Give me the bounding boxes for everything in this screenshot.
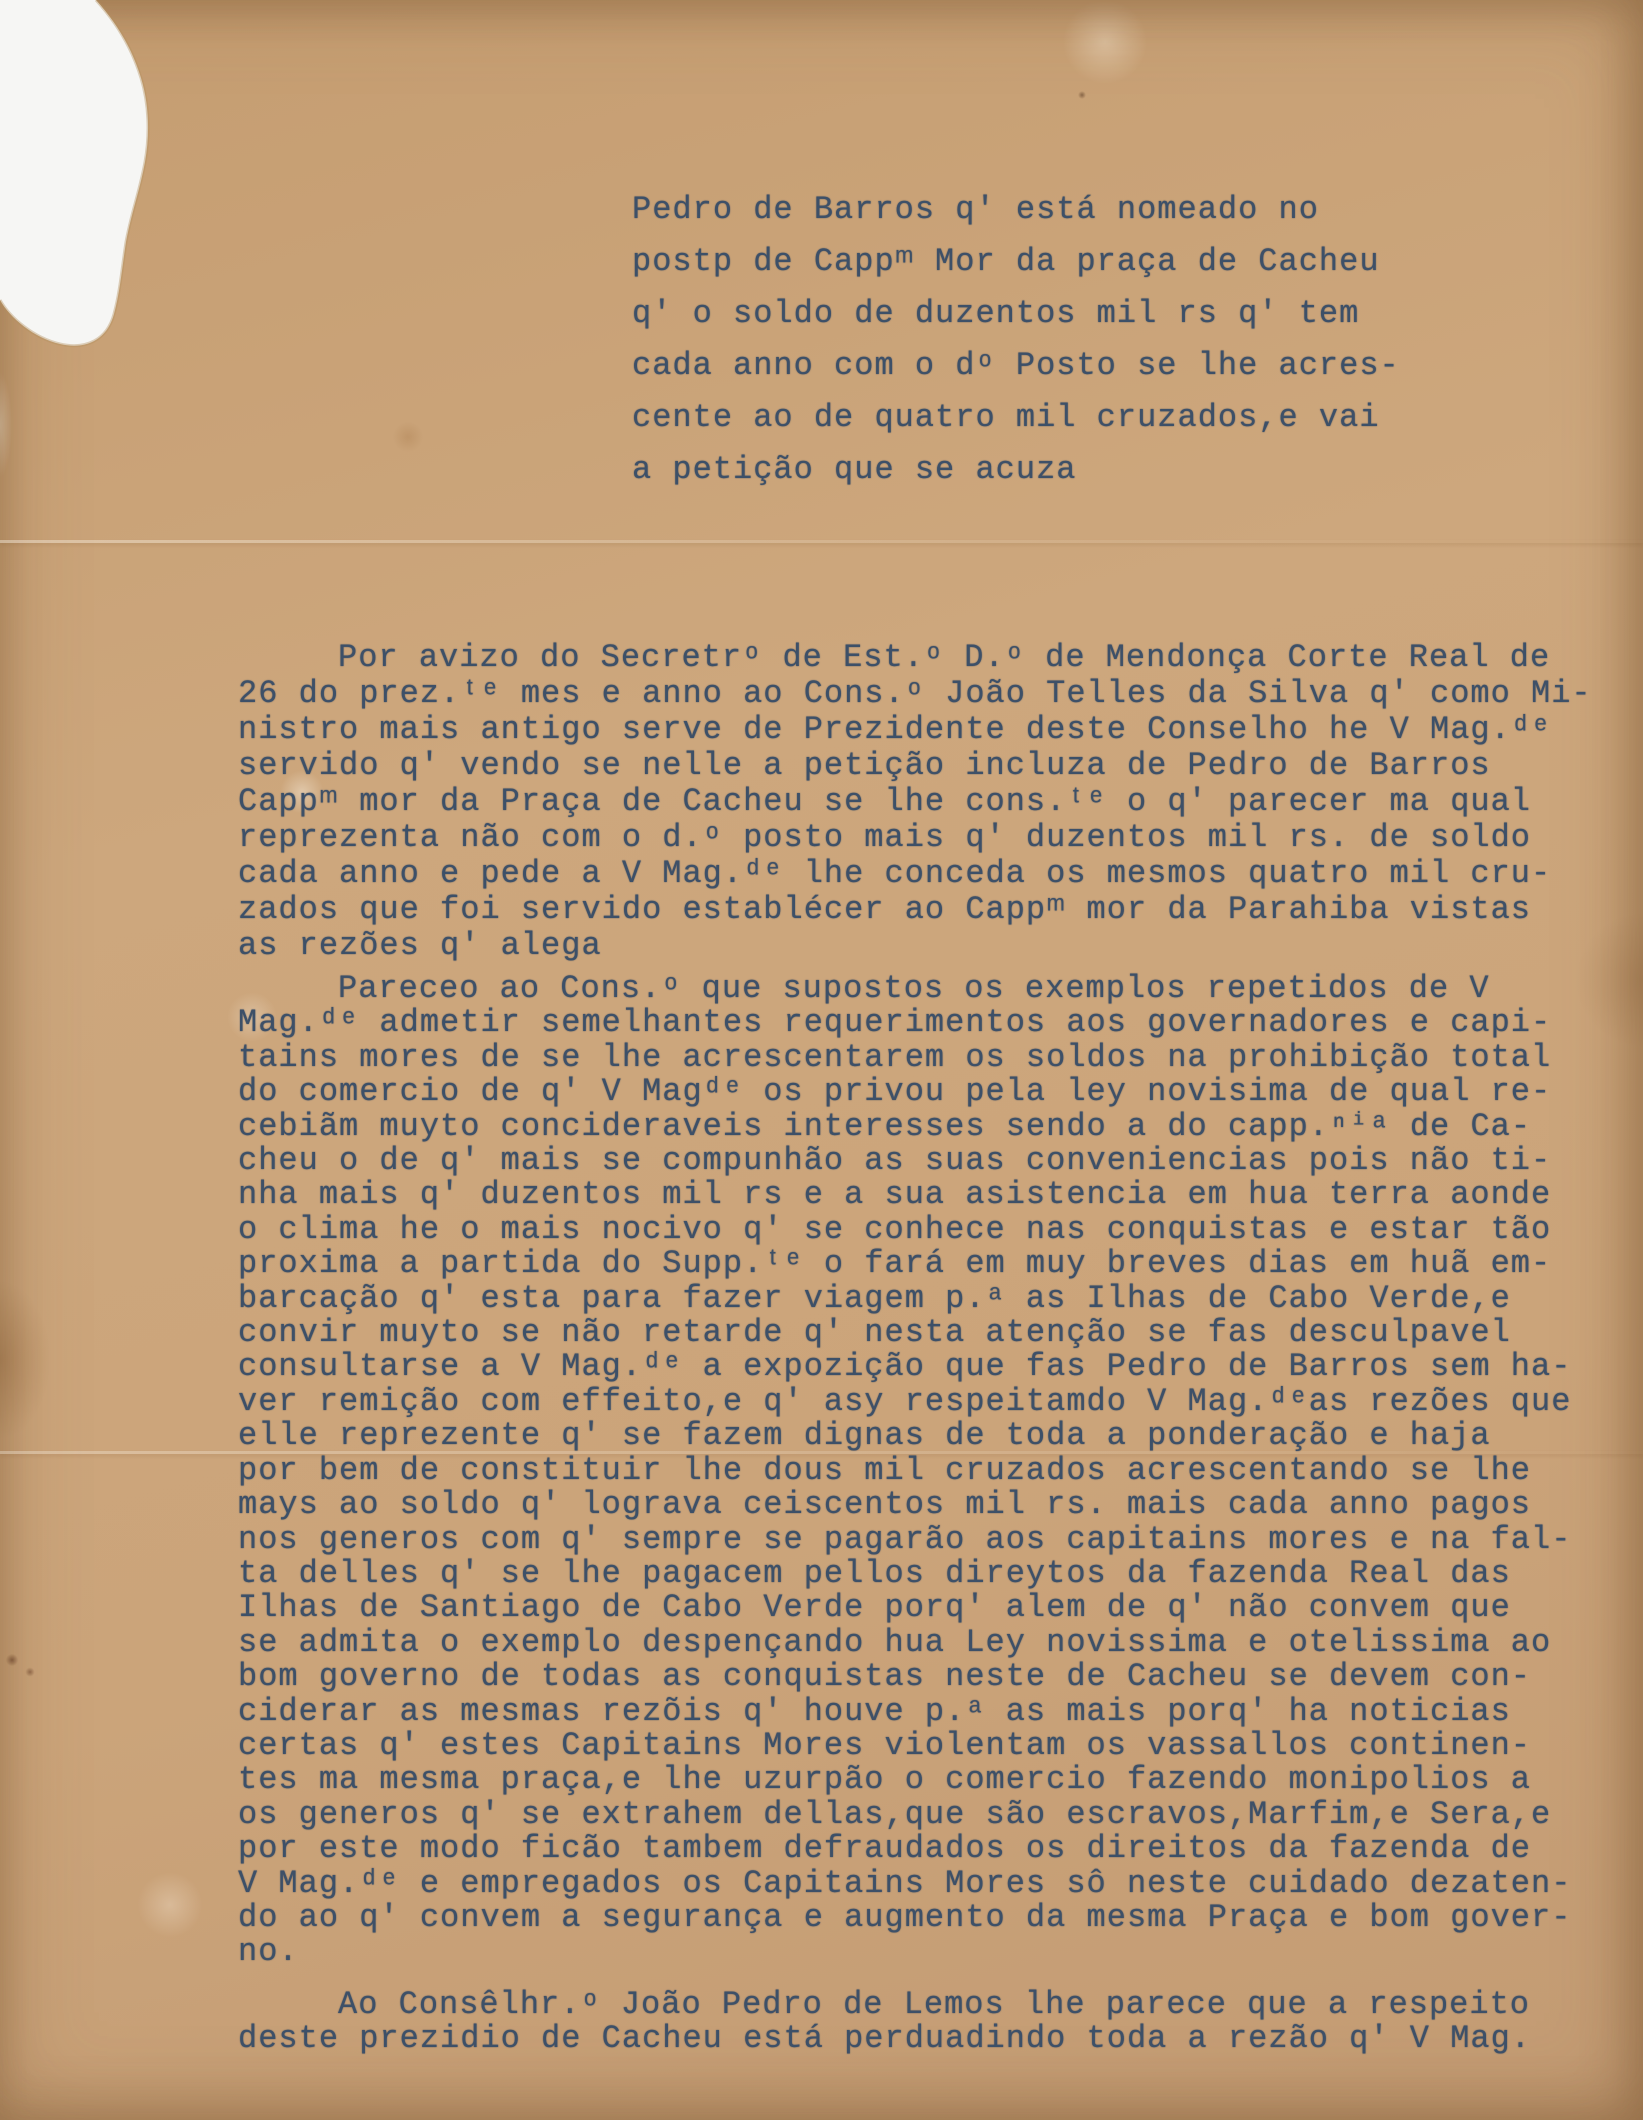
text-line: nistro mais antigo serve de Prezidente d…	[238, 712, 1592, 748]
text-line: elle reprezente q' se fazem dignas de to…	[238, 1419, 1571, 1453]
text-line: tains mores de se lhe acrescentarem os s…	[238, 1041, 1571, 1075]
marginal-note: Pedro de Barros q' está nomeado nopostp …	[632, 184, 1400, 496]
scan-background: Pedro de Barros q' está nomeado nopostp …	[0, 0, 1643, 2120]
text-line: reprezenta não com o d.ᵒ posto mais q' d…	[238, 820, 1592, 856]
text-line: Pareceo ao Cons.ᵒ que supostos os exempl…	[238, 972, 1571, 1006]
text-line: proxima a partida do Supp.ᵗᵉ o fará em m…	[238, 1247, 1571, 1281]
text-line: mays ao soldo q' lograva ceiscentos mil …	[238, 1488, 1571, 1522]
text-line: a petição que se acuza	[632, 444, 1400, 496]
text-line: barcação q' esta para fazer viagem p.ᵃ a…	[238, 1282, 1571, 1316]
text-line: zados que foi servido establécer ao Capp…	[238, 892, 1592, 928]
text-line: ver remição com effeito,e q' asy respeit…	[238, 1385, 1571, 1419]
paragraph-conselheiro-lemos: Ao Consêlhr.ᵒ João Pedro de Lemos lhe pa…	[238, 1988, 1531, 2056]
text-line: Cappᵐ mor da Praça de Cacheu se lhe cons…	[238, 784, 1592, 820]
text-line: ciderar as mesmas rezõis q' houve p.ᵃ as…	[238, 1695, 1571, 1729]
text-line: os generos q' se extrahem dellas,que são…	[238, 1798, 1571, 1832]
text-line: convir muyto se não retarde q' nesta ate…	[238, 1316, 1571, 1350]
text-line: no.	[238, 1935, 1571, 1969]
text-line: cheu o de q' mais se compunhão as suas c…	[238, 1144, 1571, 1178]
text-line: do ao q' convem a segurança e augmento d…	[238, 1901, 1571, 1935]
text-line: q' o soldo de duzentos mil rs q' tem	[632, 288, 1400, 340]
text-line: Por avizo do Secretrᵒ de Est.ᵒ D.ᵒ de Me…	[238, 640, 1592, 676]
text-line: nha mais q' duzentos mil rs e a sua asis…	[238, 1178, 1571, 1212]
text-line: cente ao de quatro mil cruzados,e vai	[632, 392, 1400, 444]
text-line: Ilhas de Santiago de Cabo Verde porq' al…	[238, 1591, 1571, 1625]
text-line: V Mag.ᵈᵉ e empregados os Capitains Mores…	[238, 1867, 1571, 1901]
paragraph-avizo: Por avizo do Secretrᵒ de Est.ᵒ D.ᵒ de Me…	[238, 640, 1592, 964]
text-line: certas q' estes Capitains Mores violenta…	[238, 1729, 1571, 1763]
text-line: deste prezidio de Cacheu está perduadind…	[238, 2022, 1531, 2056]
text-line: se admita o exemplo despençando hua Ley …	[238, 1626, 1571, 1660]
text-line: Ao Consêlhr.ᵒ João Pedro de Lemos lhe pa…	[238, 1988, 1531, 2022]
text-line: cada anno com o dᵒ Posto se lhe acres-	[632, 340, 1400, 392]
text-line: nos generos com q' sempre se pagarão aos…	[238, 1523, 1571, 1557]
text-line: por este modo ficão tambem defraudados o…	[238, 1832, 1571, 1866]
text-line: consultarse a V Mag.ᵈᵉ a expozição que f…	[238, 1350, 1571, 1384]
text-line: 26 do prez.ᵗᵉ mes e anno ao Cons.ᵒ João …	[238, 676, 1592, 712]
torn-corner-top-left	[0, 0, 220, 480]
paragraph-parecer-conselho: Pareceo ao Cons.ᵒ que supostos os exempl…	[238, 972, 1571, 1970]
text-line: bom governo de todas as conquistas neste…	[238, 1660, 1571, 1694]
text-line: cebiãm muyto concideraveis interesses se…	[238, 1110, 1571, 1144]
text-line: Mag.ᵈᵉ admetir semelhantes requerimentos…	[238, 1006, 1571, 1040]
text-line: por bem de constituir lhe dous mil cruza…	[238, 1454, 1571, 1488]
text-line: cada anno e pede a V Mag.ᵈᵉ lhe conceda …	[238, 856, 1592, 892]
text-line: as rezões q' alega	[238, 928, 1592, 964]
text-line: servido q' vendo se nelle a petição incl…	[238, 748, 1592, 784]
fold-crease-upper	[0, 540, 1643, 543]
text-line: tes ma mesma praça,e lhe uzurpão o comer…	[238, 1763, 1571, 1797]
text-line: Pedro de Barros q' está nomeado no	[632, 184, 1400, 236]
document-page: Pedro de Barros q' está nomeado nopostp …	[0, 0, 1643, 2120]
text-line: postp de Cappᵐ Mor da praça de Cacheu	[632, 236, 1400, 288]
text-line: do comercio de q' V Magᵈᵉ os privou pela…	[238, 1075, 1571, 1109]
text-line: ta delles q' se lhe pagacem pellos direy…	[238, 1557, 1571, 1591]
text-line: o clima he o mais nocivo q' se conhece n…	[238, 1213, 1571, 1247]
